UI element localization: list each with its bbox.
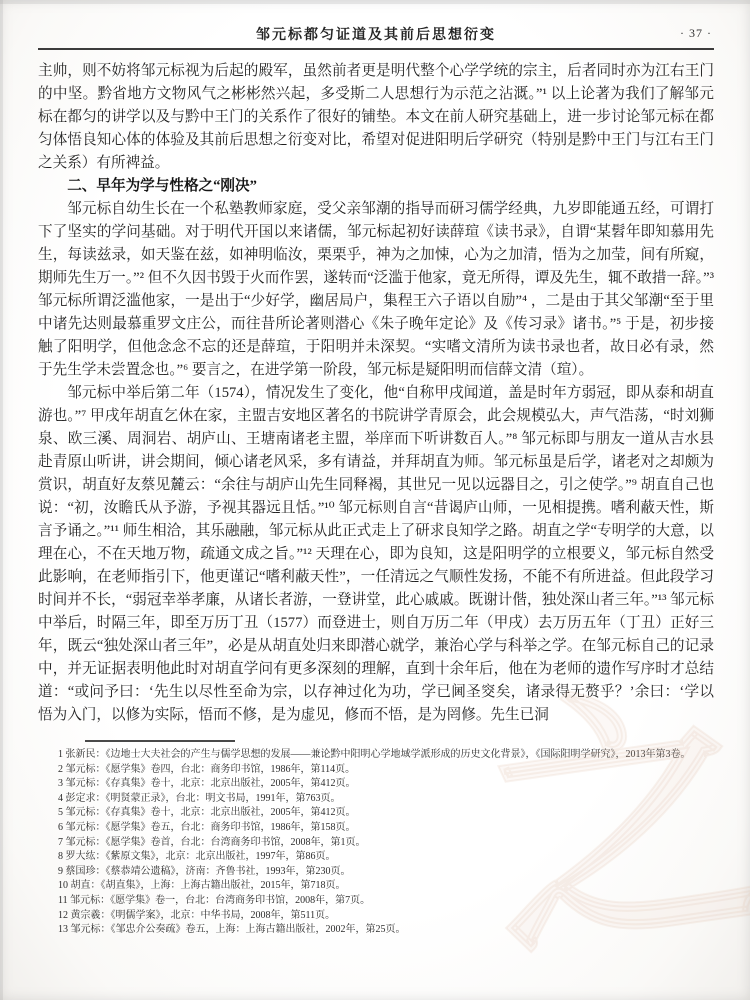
paragraph-early-study: 邹元标自幼生长在一个私塾教师家庭，受父亲邹潮的指导而研习儒学经典，九岁即能通五经…: [38, 198, 714, 382]
footnote-item: 5 邹元标：《存真集》卷十，北京：北京出版社，2005年，第412页。: [38, 806, 714, 821]
scan-edge-left: [0, 0, 3, 1000]
footnote-item: 6 邹元标：《愿学集》卷五，台北：商务印书馆，1986年，第158页。: [38, 821, 714, 836]
scan-edge-top: [0, 0, 750, 4]
paragraph-continuation: 主帅，则不妨将邹元标视为后起的殿军，虽然前者更是明代整个心学学统的宗主，后者同时…: [38, 60, 714, 175]
footnote-item: 1 张新民：《边地士大夫社会的产生与儒学思想的发展——兼论黔中阳明心学地域学派形…: [38, 748, 714, 763]
document-page: 邹元标都匀证道及其前后思想衍变 · 37 · 主帅，则不妨将邹元标视为后起的殿军…: [0, 0, 750, 1000]
header-rule: [38, 48, 714, 50]
footnote-item: 12 黄宗羲：《明儒学案》，北京：中华书局，2008年，第511页。: [38, 909, 714, 924]
footnote-item: 8 罗大纮：《紫原文集》，北京：北京出版社，1997年，第86页。: [38, 850, 714, 865]
page-number: · 37 ·: [680, 26, 712, 41]
footnote-item: 2 邹元标：《愿学集》卷四，台北：商务印书馆，1986年，第114页。: [38, 763, 714, 778]
footnote-item: 3 邹元标：《存真集》卷十，北京：北京出版社，2005年，第412页。: [38, 777, 714, 792]
footnote-item: 10 胡直：《胡直集》，上海：上海古籍出版社，2015年，第718页。: [38, 879, 714, 894]
article-body: 主帅，则不妨将邹元标视为后起的殿军，虽然前者更是明代整个心学学统的宗主，后者同时…: [38, 60, 714, 727]
footnotes-section: 1 张新民：《边地士大夫社会的产生与儒学思想的发展——兼论黔中阳明心学地域学派形…: [38, 748, 714, 938]
running-title: 邹元标都匀证道及其前后思想衍变: [38, 24, 714, 44]
footnote-item: 7 邹元标：《愿学集》卷首，台北：台湾商务印书馆，2008年，第1页。: [38, 836, 714, 851]
section-heading: 二、早年为学与性格之“刚决”: [38, 175, 714, 198]
footnote-item: 9 蔡国珍：《蔡恭靖公遗稿》，济南：齐鲁书社，1993年，第230页。: [38, 865, 714, 880]
footnote-item: 13 邹元标：《邹忠介公奏疏》卷五，上海：上海古籍出版社，2002年，第25页。: [38, 923, 714, 938]
footnote-item: 11 邹元标：《愿学集》卷一，台北：台湾商务印书馆，2008年，第7页。: [38, 894, 714, 909]
paragraph-1574: 邹元标中举后第二年（1574），情况发生了变化，他“自称甲戌闻道，盖是时年方弱冠…: [38, 382, 714, 727]
footnote-item: 4 彭定求：《明贤蒙正录》，台北：明文书局，1991年，第763页。: [38, 792, 714, 807]
page-header: 邹元标都匀证道及其前后思想衍变 · 37 ·: [38, 24, 714, 46]
footnote-separator: [85, 740, 235, 742]
